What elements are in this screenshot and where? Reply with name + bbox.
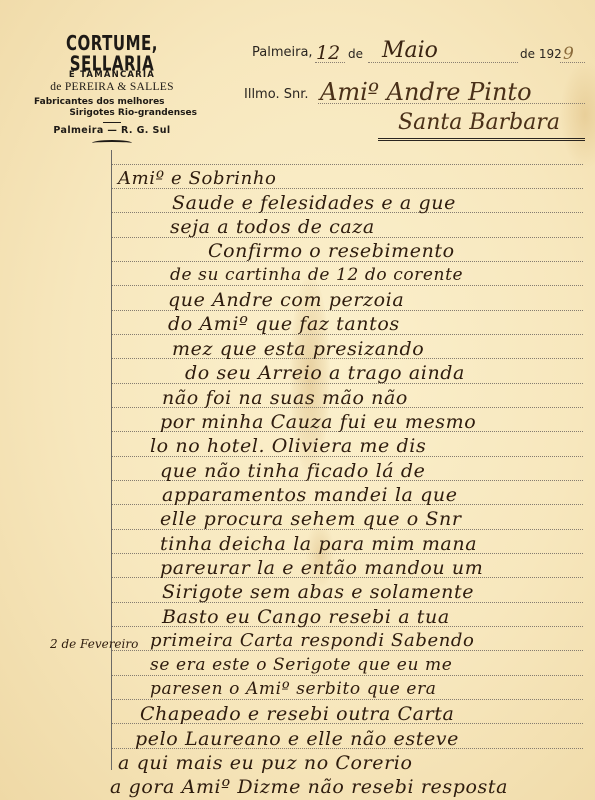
body-line: pareurar la e então mandou um — [160, 557, 483, 579]
letterhead: CORTUME, SELLARIA E TAMANCARIA de PEREIR… — [22, 34, 202, 146]
body-line: Amiº e Sobrinho — [118, 168, 276, 189]
addressee-place: Santa Barbara — [398, 110, 560, 135]
body-line: do Amiº que faz tantos — [168, 313, 400, 335]
body-line: lo no hotel. Oliviera me dis — [150, 435, 426, 457]
body-line: a qui mais eu puz no Corerio — [118, 752, 412, 774]
tagline-1: Fabricantes dos melhores — [22, 97, 202, 108]
body-line: apparamentos mandei la que — [162, 484, 458, 506]
body-line: elle procura sehem que o Snr — [160, 508, 462, 530]
company-owners: de PEREIRA & SALLES — [22, 80, 202, 94]
water-stain — [305, 520, 335, 590]
body-line: pelo Laureano e elle não esteve — [135, 728, 459, 750]
date-day: 12 — [316, 42, 340, 64]
addressee-name: Amiº Andre Pinto — [320, 78, 532, 106]
body-line: Saude e felesidades e a gue — [172, 192, 456, 214]
body-line: Sirigote sem abas e solamente — [162, 581, 474, 603]
ruled-line — [112, 285, 583, 286]
date-year-prefix: de 192 — [520, 47, 562, 61]
body-line: a gora Amiº Dizme não resebi resposta — [110, 776, 508, 798]
date-de-label: de — [348, 47, 363, 61]
company-location: Palmeira — R. G. Sul — [22, 125, 202, 137]
ruled-line — [112, 164, 583, 165]
margin-line — [111, 150, 112, 770]
water-stain — [560, 60, 595, 170]
company-name: CORTUME, SELLARIA — [22, 34, 202, 75]
letterhead-divider — [103, 122, 121, 123]
body-line: tinha deicha la para mim mana — [160, 533, 477, 555]
margin-note: 2 de Fevereiro — [50, 637, 138, 651]
body-line: Basto eu Cango resebi a tua — [162, 606, 450, 628]
body-line: Chapeado e resebi outra Carta — [140, 703, 454, 725]
ruled-line — [112, 699, 583, 700]
body-line: que Andre com perzoia — [168, 289, 404, 311]
date-month: Maio — [382, 38, 438, 63]
body-line: que não tinha ficado lá de — [160, 460, 425, 482]
body-line: Confirmo o resebimento — [208, 240, 455, 262]
salutation-prefix: Illmo. Snr. — [244, 87, 309, 102]
addressee-underline — [378, 138, 585, 141]
letterhead-flourish — [92, 140, 132, 146]
body-line: por minha Cauza fui eu mesmo — [160, 411, 476, 433]
body-line: seja a todos de caza — [170, 216, 375, 238]
date-year-digit: 9 — [563, 44, 574, 64]
body-line: primeira Carta respondi Sabendo — [150, 630, 474, 651]
body-line: se era este o Serigote que eu me — [150, 655, 452, 675]
date-place: Palmeira, — [252, 45, 313, 60]
body-line: do seu Arreio a trago ainda — [185, 362, 465, 384]
tagline-2: Sirigotes Rio-grandenses — [22, 108, 202, 119]
body-line: paresen o Amiº serbito que era — [150, 679, 437, 699]
body-line: não foi na suas mão não — [162, 387, 408, 409]
body-line: de su cartinha de 12 do corente — [170, 265, 463, 285]
letter-page: CORTUME, SELLARIA E TAMANCARIA de PEREIR… — [0, 0, 595, 800]
ruled-line — [112, 675, 583, 676]
body-line: mez que esta presizando — [172, 338, 424, 360]
